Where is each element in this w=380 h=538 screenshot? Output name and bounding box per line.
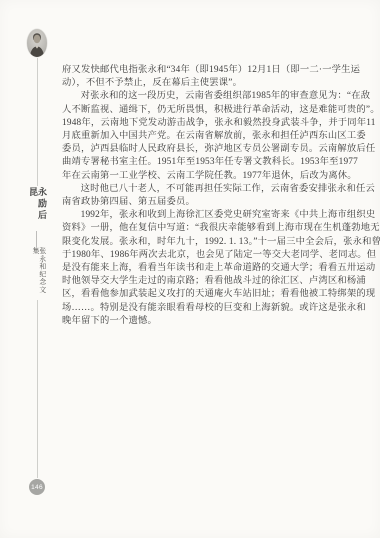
portrait-photo [27, 29, 47, 57]
book-title-subtitle: 张永和纪念文集 [30, 247, 44, 299]
text-line: 区，看看他参加武装起义攻打的天通庵火车站旧址；看看他被工特绑架的现 [62, 288, 374, 301]
text-line: 年在云南第一工业学校、云南工学院任教。1977年退休，后改为离休。 [62, 170, 374, 183]
book-title-main: 永励后昆 [28, 187, 46, 231]
text-line: 1948年，云南地下党发动游击战争，张永和毅然投身武装斗争，并于同年11 [62, 117, 374, 130]
text-line: 1992年，张永和收到上海徐汇区委党史研究室寄来《中共上海市组织史 [62, 209, 374, 222]
text-line: 是没有能来上海，看看当年读书和走上革命道路的交通大学；看看五卅运动 [62, 262, 374, 275]
text-line: 时他领导交大学生走过的南京路；看看他战斗过的徐汇区、卢湾区和杨浦 [62, 275, 374, 288]
body-text: 府又发快邮代电指张永和“34年（即1945年）12月1日（即一二·一学生运动），… [62, 64, 374, 328]
portrait-image [27, 29, 47, 57]
book-title-dash: —— [33, 231, 41, 247]
text-line: 人不断监视、通缉下，仍无所畏惧，积极进行革命活动，这是难能可贵的”。 [62, 104, 374, 117]
text-line: 于1980年、1986年两次去北京，也会见了陆定一等交大老同学、老同志。但 [62, 249, 374, 262]
text-line: 委员，泸西县临时人民政府县长，弥泸地区专员公署副专员。云南解放后任 [62, 143, 374, 156]
text-line: 晚年留下的一个遗憾。 [62, 315, 374, 328]
text-line: 资料》一册，他在复信中写道：“我很庆幸能够看到上海市现在生机蓬勃地无 [62, 222, 374, 235]
book-title-vertical: 永励后昆——张永和纪念文集 [26, 187, 48, 299]
book-page: 永励后昆——张永和纪念文集 146 府又发快邮代电指张永和“34年（即1945年… [0, 0, 380, 538]
text-line: 这时他已八十老人，不可能再担任实际工作，云南省委安排张永和任云 [62, 183, 374, 196]
text-line: 场……。特别是没有能亲眼看看母校的巨变和上海新貌。或许这是张永和 [62, 302, 374, 315]
text-line: 府又发快邮代电指张永和“34年（即1945年）12月1日（即一二·一学生运 [62, 64, 374, 77]
page-number: 146 [31, 484, 43, 491]
text-line: 曲靖专署秘书室主任。1951年至1953年任专署文教科长。1953年至1977 [62, 156, 374, 169]
text-line: 限变化发展。张永和，时年九十，1992. 1. 13。”十一届三中全会后，张永和… [62, 236, 374, 249]
rail-divider-lower [37, 300, 38, 478]
text-line: 月底重新加入中国共产党。在云南省解放前，张永和担任泸西东山区工委 [62, 130, 374, 143]
text-line: 南省政协第四届、第五届委员。 [62, 196, 374, 209]
rail-divider-upper [37, 58, 38, 186]
text-line: 动），不但不予禁止，反在幕后主使罢课”。 [62, 77, 374, 90]
page-number-badge: 146 [29, 479, 45, 495]
text-line: 对张永和的这一段历史，云南省委组织部1985年的审查意见为：“在敌 [62, 90, 374, 103]
